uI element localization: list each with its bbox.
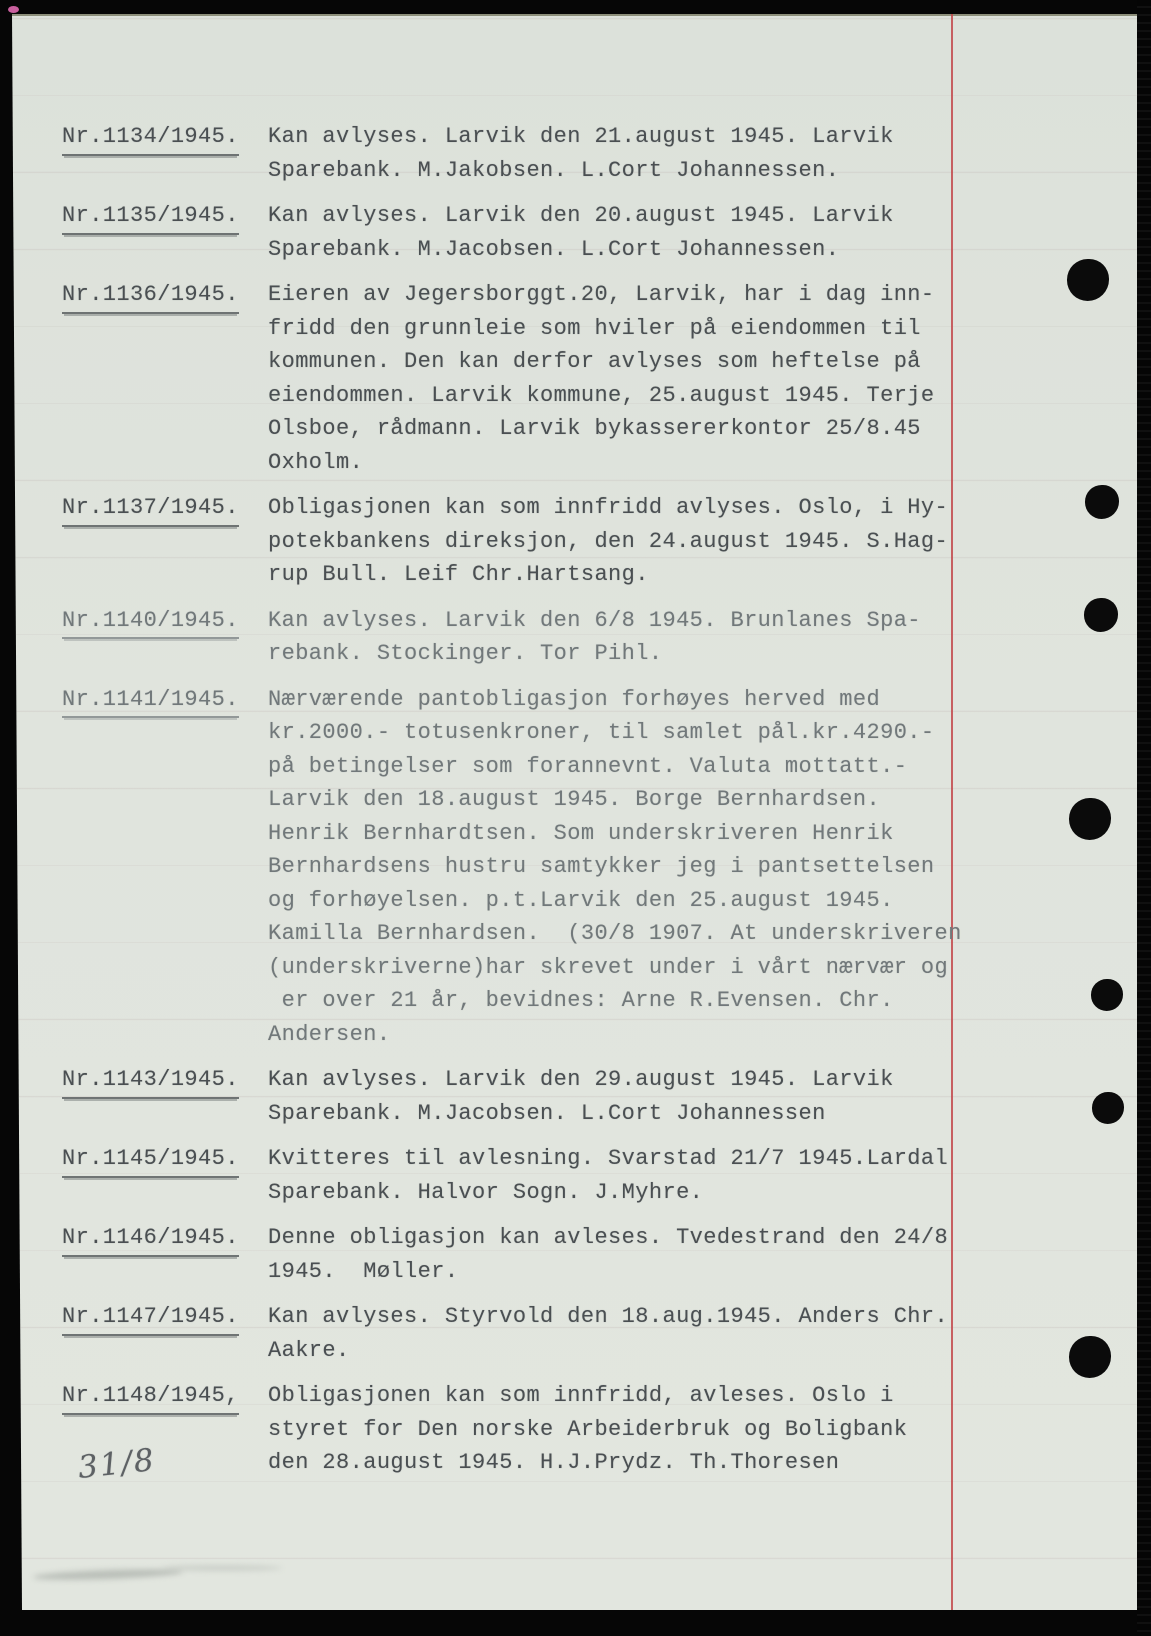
entry-text: Kan avlyses. Larvik den 29.august 1945. …	[268, 1063, 1137, 1130]
register-entry-1136: Nr.1136/1945.Eieren av Jegersborggt.20, …	[62, 278, 1137, 479]
entry-text-line: Aakre.	[268, 1334, 1137, 1368]
entry-number: Nr.1145/1945.	[62, 1142, 239, 1178]
entry-text-line: Kan avlyses. Larvik den 21.august 1945. …	[268, 120, 1137, 154]
register-entries: Nr.1134/1945.Kan avlyses. Larvik den 21.…	[12, 14, 1137, 1492]
entry-text-line: er over 21 år, bevidnes: Arne R.Evensen.…	[268, 984, 1137, 1018]
entry-number-column: Nr.1145/1945.	[62, 1142, 268, 1178]
entry-text: Kvitteres til avlesning. Svarstad 21/7 1…	[268, 1142, 1137, 1209]
entry-text-line: Kan avlyses. Larvik den 29.august 1945. …	[268, 1063, 1137, 1097]
register-entry-1137: Nr.1137/1945.Obligasjonen kan som innfri…	[62, 491, 1137, 592]
punch-hole	[1085, 485, 1119, 519]
entry-number: Nr.1135/1945.	[62, 199, 239, 235]
entry-text: Kan avlyses. Larvik den 6/8 1945. Brunla…	[268, 604, 1137, 671]
register-entry-1141: Nr.1141/1945.Nærværende pantobligasjon f…	[62, 683, 1137, 1052]
entry-text-line: Obligasjonen kan som innfridd avlyses. O…	[268, 491, 1137, 525]
entry-number-column: Nr.1135/1945.	[62, 199, 268, 235]
entry-text-line: rup Bull. Leif Chr.Hartsang.	[268, 558, 1137, 592]
punch-hole	[1069, 1336, 1111, 1378]
entry-text-line: potekbankens direksjon, den 24.august 19…	[268, 525, 1137, 559]
entry-number: Nr.1140/1945.	[62, 604, 239, 640]
entry-number: Nr.1141/1945.	[62, 683, 239, 719]
entry-number-column: Nr.1143/1945.	[62, 1063, 268, 1099]
entry-number: Nr.1148/1945,	[62, 1379, 239, 1415]
entry-number: Nr.1143/1945.	[62, 1063, 239, 1099]
entry-text-line: Henrik Bernhardtsen. Som underskriveren …	[268, 817, 1137, 851]
entry-text-line: (underskriverne)har skrevet under i vårt…	[268, 951, 1137, 985]
entry-text-line: Sparebank. Halvor Sogn. J.Myhre.	[268, 1176, 1137, 1210]
entry-text: Denne obligasjon kan avleses. Tvedestran…	[268, 1221, 1137, 1288]
entry-text-line: den 28.august 1945. H.J.Prydz. Th.Thores…	[268, 1446, 1137, 1480]
entry-text: Kan avlyses. Styrvold den 18.aug.1945. A…	[268, 1300, 1137, 1367]
entry-text: Eieren av Jegersborggt.20, Larvik, har i…	[268, 278, 1137, 479]
entry-text-line: Eieren av Jegersborggt.20, Larvik, har i…	[268, 278, 1137, 312]
smudge-mark	[33, 1567, 183, 1581]
entry-text-line: Larvik den 18.august 1945. Borge Bernhar…	[268, 783, 1137, 817]
entry-text: Obligasjonen kan som innfridd avlyses. O…	[268, 491, 1137, 592]
entry-text-line: Denne obligasjon kan avleses. Tvedestran…	[268, 1221, 1137, 1255]
entry-text-line: Obligasjonen kan som innfridd, avleses. …	[268, 1379, 1137, 1413]
register-entry-1148: Nr.1148/1945,Obligasjonen kan som innfri…	[62, 1379, 1137, 1480]
entry-number-column: Nr.1147/1945.	[62, 1300, 268, 1336]
paper: Nr.1134/1945.Kan avlyses. Larvik den 21.…	[12, 14, 1137, 1610]
smudge-mark	[162, 1565, 282, 1571]
entry-text-line: styret for Den norske Arbeiderbruk og Bo…	[268, 1413, 1137, 1447]
scanned-page: Nr.1134/1945.Kan avlyses. Larvik den 21.…	[0, 0, 1151, 1636]
entry-text-line: Bernhardsens hustru samtykker jeg i pant…	[268, 850, 1137, 884]
entry-text-line: Kamilla Bernhardsen. (30/8 1907. At unde…	[268, 917, 1137, 951]
entry-number: Nr.1137/1945.	[62, 491, 239, 527]
entry-text-line: Oxholm.	[268, 446, 1137, 480]
entry-number-column: Nr.1141/1945.	[62, 683, 268, 719]
entry-number-column: Nr.1146/1945.	[62, 1221, 268, 1257]
entry-text-line: 1945. Møller.	[268, 1255, 1137, 1289]
entry-number: Nr.1134/1945.	[62, 120, 239, 156]
punch-hole	[1091, 979, 1123, 1011]
register-entry-1140: Nr.1140/1945.Kan avlyses. Larvik den 6/8…	[62, 604, 1137, 671]
entry-number-column: Nr.1136/1945.	[62, 278, 268, 314]
entry-text-line: Kvitteres til avlesning. Svarstad 21/7 1…	[268, 1142, 1137, 1176]
punch-hole	[1067, 259, 1109, 301]
entry-text-line: fridd den grunnleie som hviler på eiendo…	[268, 312, 1137, 346]
entry-number-column: Nr.1140/1945.	[62, 604, 268, 640]
entry-text-line: og forhøyelsen. p.t.Larvik den 25.august…	[268, 884, 1137, 918]
punch-hole	[1069, 798, 1111, 840]
entry-text-line: Andersen.	[268, 1018, 1137, 1052]
register-entry-1147: Nr.1147/1945.Kan avlyses. Styrvold den 1…	[62, 1300, 1137, 1367]
punch-hole	[1092, 1092, 1124, 1124]
entry-text-line: Nærværende pantobligasjon forhøyes herve…	[268, 683, 1137, 717]
entry-text-line: Kan avlyses. Larvik den 6/8 1945. Brunla…	[268, 604, 1137, 638]
entry-text-line: eiendommen. Larvik kommune, 25.august 19…	[268, 379, 1137, 413]
entry-number-column: Nr.1137/1945.	[62, 491, 268, 527]
entry-text-line: kr.2000.- totusenkroner, til samlet pål.…	[268, 716, 1137, 750]
entry-text: Nærværende pantobligasjon forhøyes herve…	[268, 683, 1137, 1052]
entry-text-line: kommunen. Den kan derfor avlyses som hef…	[268, 345, 1137, 379]
register-entry-1135: Nr.1135/1945.Kan avlyses. Larvik den 20.…	[62, 199, 1137, 266]
scan-edge-right	[1137, 0, 1151, 1636]
entry-text: Kan avlyses. Larvik den 21.august 1945. …	[268, 120, 1137, 187]
entry-number: Nr.1136/1945.	[62, 278, 239, 314]
entry-number: Nr.1147/1945.	[62, 1300, 239, 1336]
entry-text-line: Sparebank. M.Jacobsen. L.Cort Johannesse…	[268, 233, 1137, 267]
register-entry-1143: Nr.1143/1945.Kan avlyses. Larvik den 29.…	[62, 1063, 1137, 1130]
register-entry-1134: Nr.1134/1945.Kan avlyses. Larvik den 21.…	[62, 120, 1137, 187]
entry-text: Kan avlyses. Larvik den 20.august 1945. …	[268, 199, 1137, 266]
scan-artifact-speck	[8, 6, 19, 13]
punch-hole	[1084, 598, 1118, 632]
entry-text-line: Olsboe, rådmann. Larvik bykassererkontor…	[268, 412, 1137, 446]
entry-number-column: Nr.1148/1945,	[62, 1379, 268, 1415]
entry-text-line: Kan avlyses. Styrvold den 18.aug.1945. A…	[268, 1300, 1137, 1334]
entry-number: Nr.1146/1945.	[62, 1221, 239, 1257]
entry-text-line: Sparebank. M.Jakobsen. L.Cort Johannesse…	[268, 154, 1137, 188]
register-entry-1145: Nr.1145/1945.Kvitteres til avlesning. Sv…	[62, 1142, 1137, 1209]
register-entry-1146: Nr.1146/1945.Denne obligasjon kan avlese…	[62, 1221, 1137, 1288]
entry-text-line: Sparebank. M.Jacobsen. L.Cort Johannesse…	[268, 1097, 1137, 1131]
entry-text-line: rebank. Stockinger. Tor Pihl.	[268, 637, 1137, 671]
entry-text-line: Kan avlyses. Larvik den 20.august 1945. …	[268, 199, 1137, 233]
entry-text-line: på betingelser som forannevnt. Valuta mo…	[268, 750, 1137, 784]
entry-number-column: Nr.1134/1945.	[62, 120, 268, 156]
entry-text: Obligasjonen kan som innfridd, avleses. …	[268, 1379, 1137, 1480]
